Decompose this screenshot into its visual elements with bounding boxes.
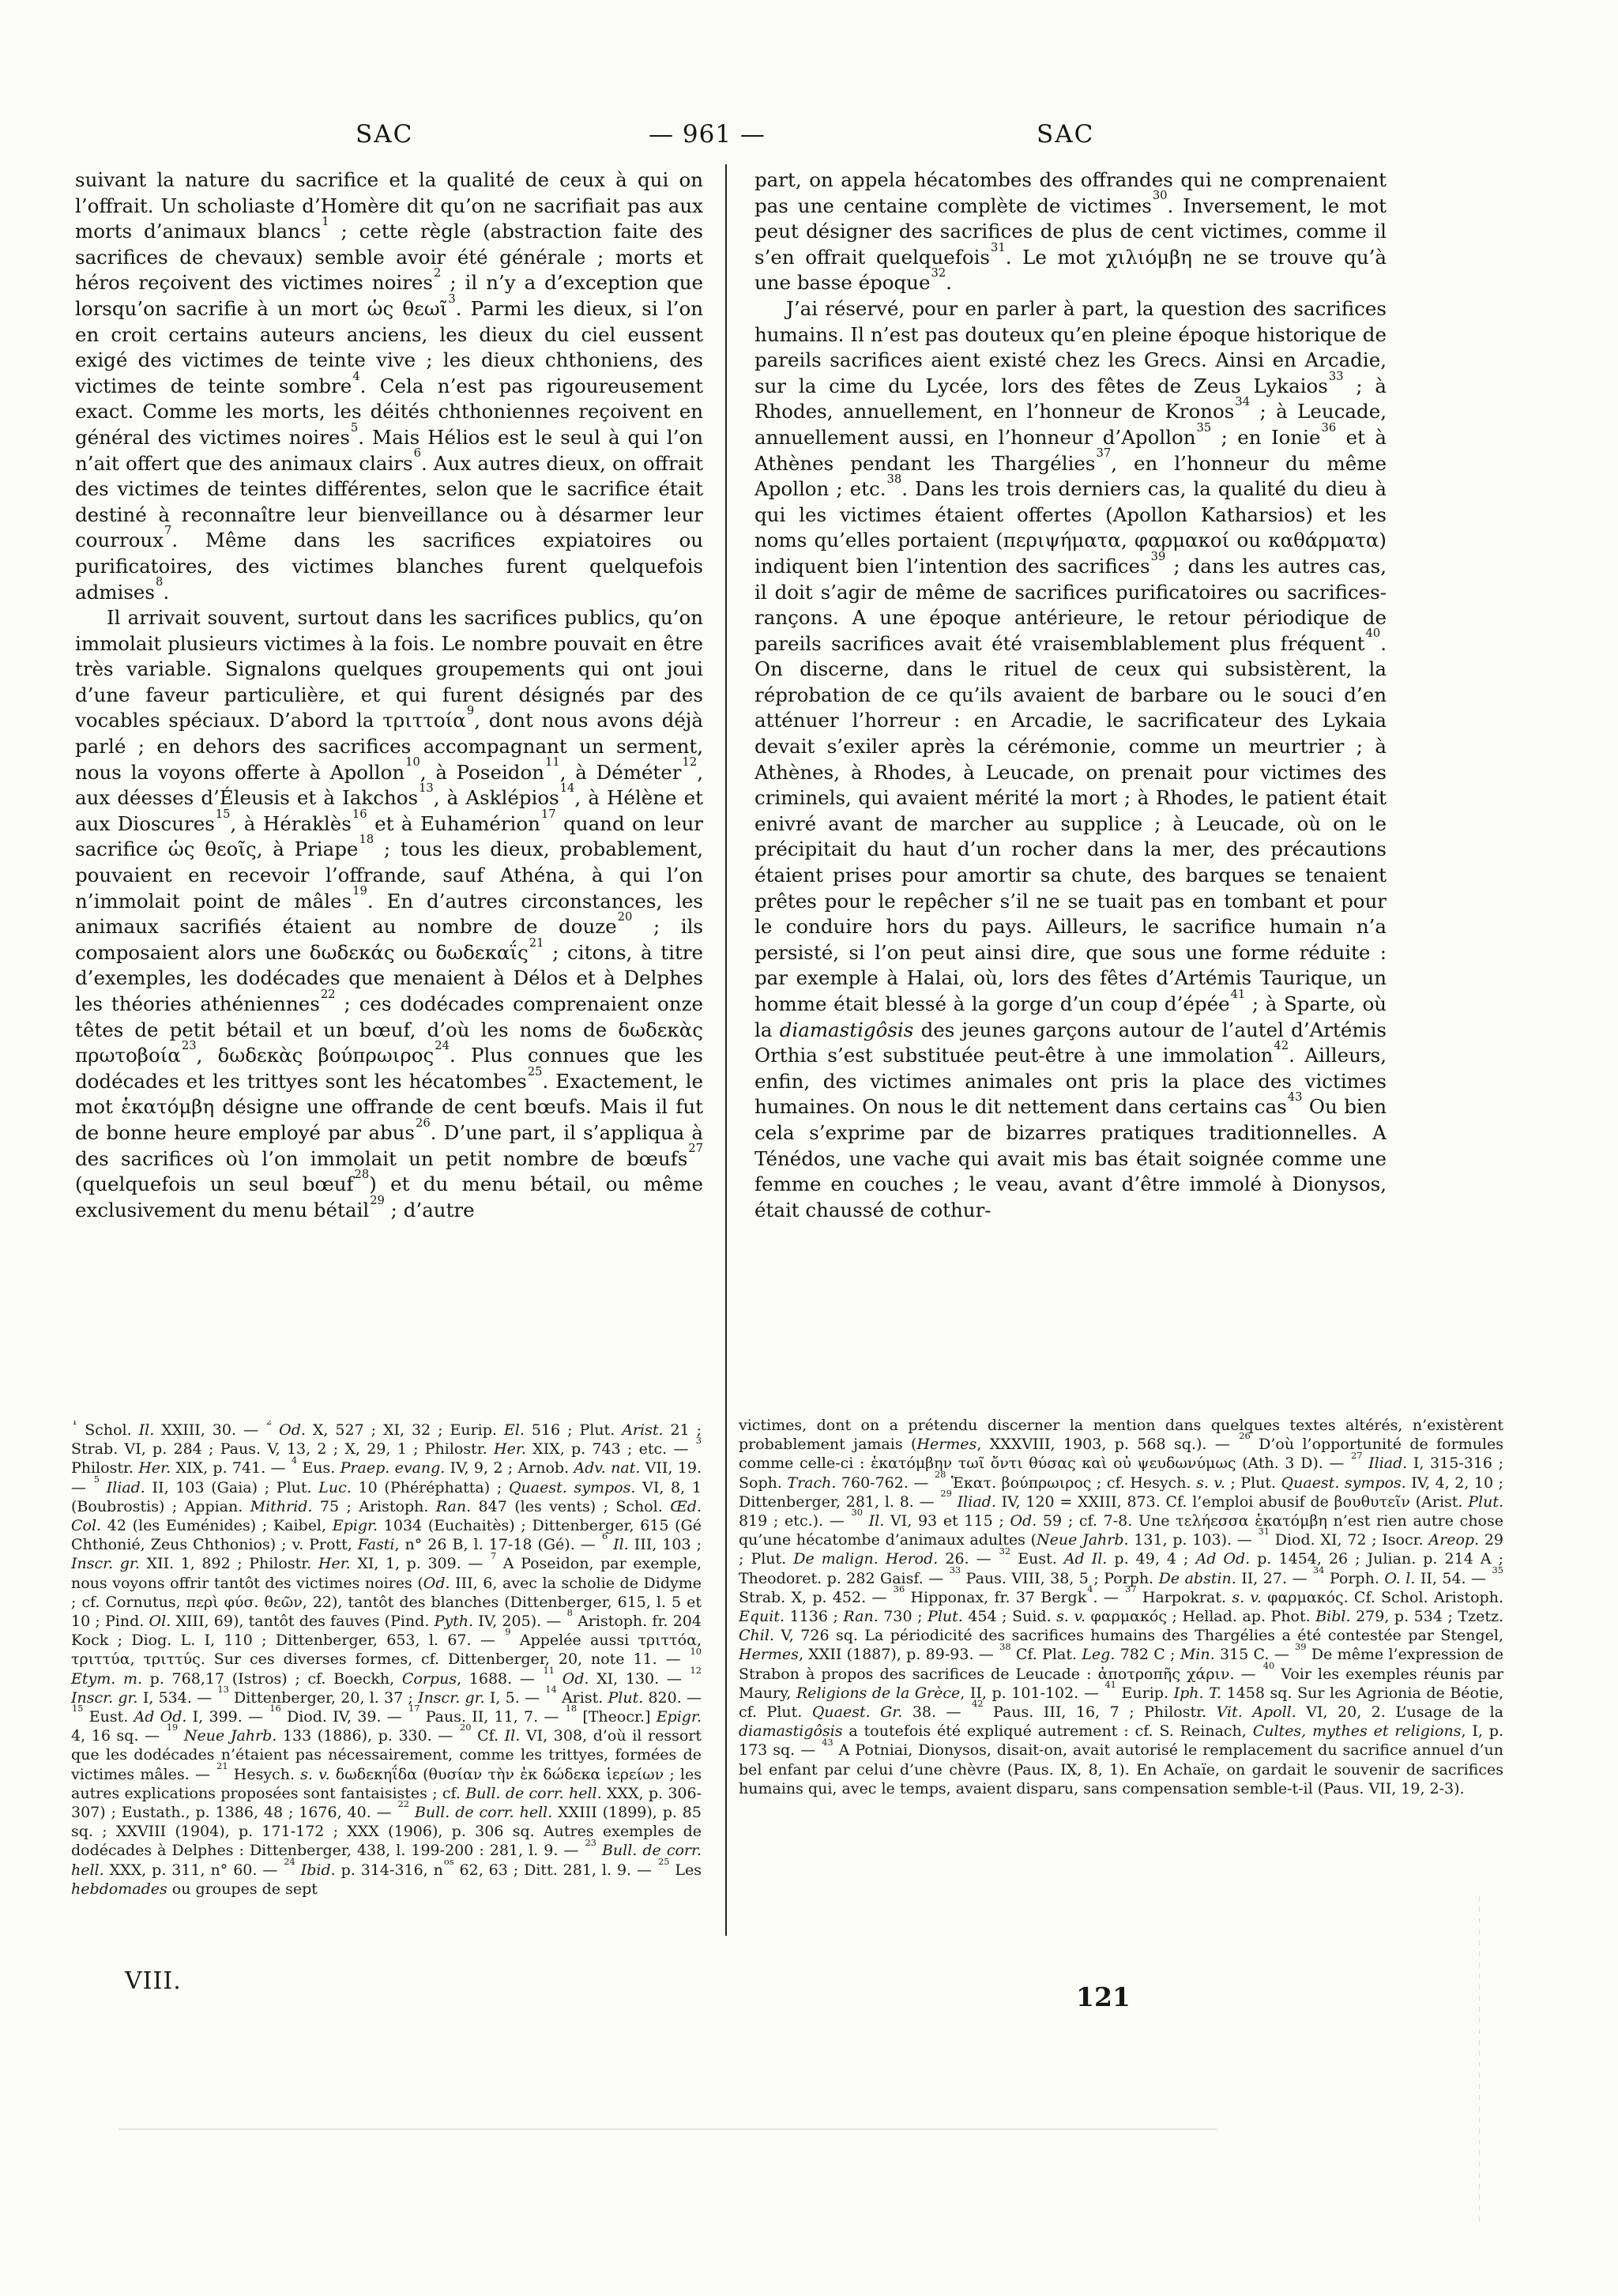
body-paragraph: Il arrivait souvent, surtout dans les sa… bbox=[75, 605, 703, 1223]
running-head-left: SAC bbox=[356, 120, 413, 149]
sheet-signature-number: 121 bbox=[1076, 1982, 1131, 2012]
page-number: — 961 — bbox=[624, 120, 790, 149]
right-column-footnotes: victimes, dont on a prétendu discerner l… bbox=[739, 1416, 1503, 1948]
body-paragraph-continuation: suivant la nature du sacrifice et la qua… bbox=[75, 167, 703, 605]
left-column-body: suivant la nature du sacrifice et la qua… bbox=[75, 167, 703, 1425]
right-column-body: part, on appela hécatombes des offrandes… bbox=[754, 167, 1387, 1425]
body-paragraph-continuation: part, on appela hécatombes des offrandes… bbox=[754, 167, 1387, 296]
scanned-dictionary-page: SAC — 961 — SAC suivant la nature du sac… bbox=[0, 0, 1618, 2296]
volume-signature-mark: VIII. bbox=[125, 1967, 182, 1995]
scan-artifact-dotted-line bbox=[1479, 1896, 1480, 2228]
running-head-right: SAC bbox=[1037, 120, 1094, 149]
scan-artifact-horizontal-line bbox=[119, 2129, 1217, 2130]
left-column-footnotes: 1 Schol. Il. XXIII, 30. — 2 Od. X, 527 ;… bbox=[71, 1421, 702, 1948]
column-divider-rule bbox=[725, 164, 727, 1936]
body-paragraph: J’ai réservé, pour en parler à part, la … bbox=[754, 296, 1387, 1223]
